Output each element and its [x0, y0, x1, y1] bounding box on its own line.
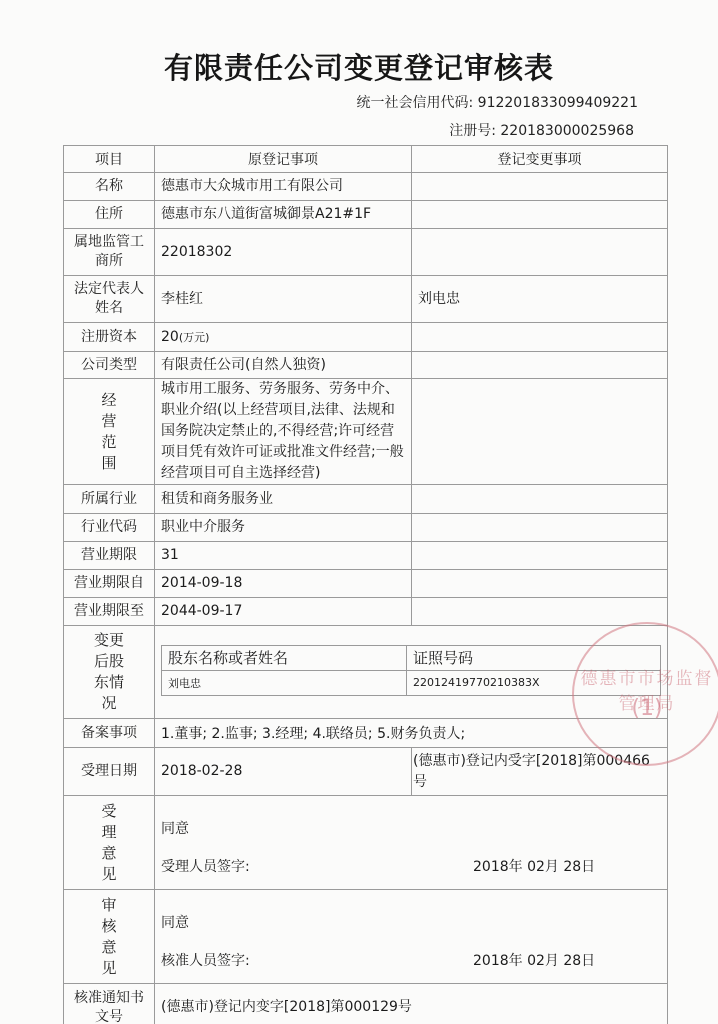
row-original: 城市用工服务、劳务服务、劳务中介、职业介绍(以上经营项目,法律、法规和国务院决定…	[155, 379, 412, 485]
review-opinion-date: 2018年 02月 28日	[473, 950, 595, 970]
row-original: 职业中介服务	[155, 514, 412, 542]
vertical-label: 经营范围	[102, 390, 117, 474]
approval-notice-label: 核准通知书文号	[64, 984, 155, 1024]
filing-value: 1.董事; 2.监事; 3.经理; 4.联络员; 5.财务负责人;	[155, 719, 668, 748]
row-label: 经营范围	[64, 379, 155, 485]
row-changed	[412, 379, 668, 485]
credit-code-line: 统一社会信用代码: 912201833099409221	[356, 92, 638, 112]
reg-no-line: 注册号: 220183000025968	[449, 120, 634, 140]
header-changed: 登记变更事项	[412, 146, 668, 173]
row-label: 营业期限至	[64, 598, 155, 626]
row-original: 31	[155, 542, 412, 570]
review-opinion-row: 审核意见 同意 核准人员签字: 2018年 02月 28日	[64, 890, 668, 984]
capital-amount: 20	[161, 329, 179, 345]
row-original: 德惠市大众城市用工有限公司	[155, 173, 412, 201]
row-original: 德惠市东八道街富城御景A21#1F	[155, 201, 412, 229]
acceptance-date: 2018-02-28	[155, 748, 412, 796]
shareholders-label: 变更后股东情况	[64, 626, 155, 719]
acceptance-opinion-cell: 同意 受理人员签字: 2018年 02月 28日	[155, 796, 668, 890]
acceptance-opinion-label-cell: 受理意见	[64, 796, 155, 890]
row-original: 李桂红	[155, 276, 412, 323]
row-label: 名称	[64, 173, 155, 201]
table-header-row: 项目 原登记事项 登记变更事项	[64, 146, 668, 173]
acceptance-date-label: 受理日期	[64, 748, 155, 796]
header-original: 原登记事项	[155, 146, 412, 173]
row-changed	[412, 229, 668, 276]
filing-label: 备案事项	[64, 719, 155, 748]
credit-code-label: 统一社会信用代码:	[356, 95, 473, 111]
table-row: 营业期限 31	[64, 542, 668, 570]
row-changed	[412, 514, 668, 542]
document-title: 有限责任公司变更登记审核表	[0, 46, 718, 87]
reg-no-label: 注册号:	[449, 123, 496, 139]
row-label: 行业代码	[64, 514, 155, 542]
acceptance-notice-no: (德惠市)登记内受字[2018]第000466号	[412, 748, 668, 795]
row-original: 租赁和商务服务业	[155, 485, 412, 514]
review-opinion-label-cell: 审核意见	[64, 890, 155, 984]
filing-row: 备案事项 1.董事; 2.监事; 3.经理; 4.联络员; 5.财务负责人;	[64, 719, 668, 748]
acceptance-notice-cell: 受理通知书文号 (德惠市)登记内受字[2018]第000466号	[412, 748, 668, 796]
review-signer-label: 核准人员签字:	[161, 950, 250, 970]
row-changed	[412, 173, 668, 201]
table-row: 属地监管工商所 22018302	[64, 229, 668, 276]
row-changed	[412, 323, 668, 352]
shareholders-row: 变更后股东情况 股东名称或者姓名 证照号码 刘电忠 22012419770210…	[64, 626, 668, 719]
credit-code-value: 912201833099409221	[478, 95, 638, 111]
table-row: 法定代表人姓名 李桂红 刘电忠	[64, 276, 668, 323]
shareholder-name: 刘电忠	[162, 670, 407, 695]
table-row: 住所 德惠市东八道街富城御景A21#1F	[64, 201, 668, 229]
row-label: 营业期限	[64, 542, 155, 570]
reg-no-value: 220183000025968	[500, 123, 634, 139]
header-item: 项目	[64, 146, 155, 173]
table-row: 名称 德惠市大众城市用工有限公司	[64, 173, 668, 201]
row-changed	[412, 570, 668, 598]
row-label: 法定代表人姓名	[64, 276, 155, 323]
shareholder-id-header: 证照号码	[407, 645, 661, 670]
row-label: 营业期限自	[64, 570, 155, 598]
shareholders-header: 股东名称或者姓名 证照号码	[162, 645, 661, 670]
table-row: 公司类型 有限责任公司(自然人独资)	[64, 352, 668, 379]
row-changed	[412, 542, 668, 570]
vertical-label: 受理意见	[102, 801, 117, 885]
registration-review-table: 项目 原登记事项 登记变更事项 名称 德惠市大众城市用工有限公司 住所 德惠市东…	[63, 145, 668, 1024]
table-row: 所属行业 租赁和商务服务业	[64, 485, 668, 514]
row-changed	[412, 485, 668, 514]
table-row: 注册资本 20(万元)	[64, 323, 668, 352]
acceptance-row: 受理日期 2018-02-28 受理通知书文号 (德惠市)登记内受字[2018]…	[64, 748, 668, 796]
row-changed: 刘电忠	[412, 276, 668, 323]
row-changed	[412, 598, 668, 626]
table-row: 营业期限至 2044-09-17	[64, 598, 668, 626]
row-original: 2044-09-17	[155, 598, 412, 626]
table-row: 营业期限自 2014-09-18	[64, 570, 668, 598]
approval-notice-value: (德惠市)登记内变字[2018]第000129号	[155, 984, 668, 1024]
shareholder-row: 刘电忠 22012419770210383X	[162, 670, 661, 695]
vertical-label: 变更后股东情况	[93, 630, 125, 714]
vertical-label: 审核意见	[102, 895, 117, 979]
review-opinion-cell: 同意 核准人员签字: 2018年 02月 28日	[155, 890, 668, 984]
row-label: 所属行业	[64, 485, 155, 514]
table-row: 行业代码 职业中介服务	[64, 514, 668, 542]
acceptance-opinion-row: 受理意见 同意 受理人员签字: 2018年 02月 28日	[64, 796, 668, 890]
row-label: 公司类型	[64, 352, 155, 379]
shareholders-cell: 股东名称或者姓名 证照号码 刘电忠 22012419770210383X	[155, 626, 668, 719]
table-row-business-scope: 经营范围 城市用工服务、劳务服务、劳务中介、职业介绍(以上经营项目,法律、法规和…	[64, 379, 668, 485]
acceptance-opinion-date: 2018年 02月 28日	[473, 856, 595, 876]
row-original: 2014-09-18	[155, 570, 412, 598]
row-original: 20(万元)	[155, 323, 412, 352]
row-changed	[412, 352, 668, 379]
shareholder-name-header: 股东名称或者姓名	[162, 645, 407, 670]
shareholders-table: 股东名称或者姓名 证照号码 刘电忠 22012419770210383X	[161, 645, 661, 696]
row-label: 住所	[64, 201, 155, 229]
row-label: 注册资本	[64, 323, 155, 352]
approval-notice-row: 核准通知书文号 (德惠市)登记内变字[2018]第000129号	[64, 984, 668, 1024]
review-opinion-text: 同意	[161, 912, 189, 932]
row-label: 属地监管工商所	[64, 229, 155, 276]
acceptance-signer-label: 受理人员签字:	[161, 856, 250, 876]
row-original: 有限责任公司(自然人独资)	[155, 352, 412, 379]
capital-unit: (万元)	[179, 331, 210, 344]
row-original: 22018302	[155, 229, 412, 276]
shareholder-id: 22012419770210383X	[407, 670, 661, 695]
row-changed	[412, 201, 668, 229]
acceptance-opinion-text: 同意	[161, 818, 189, 838]
